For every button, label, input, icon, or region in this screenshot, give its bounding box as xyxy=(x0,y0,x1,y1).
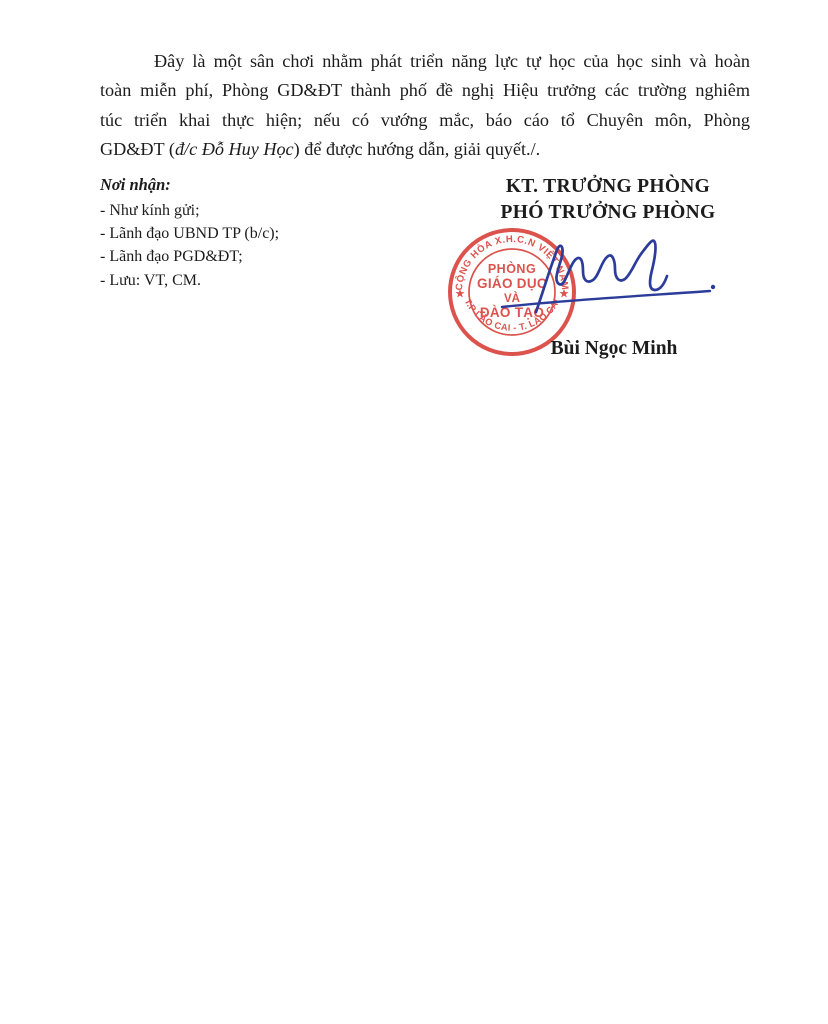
paragraph-line: túc triển khai thực hiện; nếu có vướng m… xyxy=(100,106,750,135)
approver-title-line1: KT. TRƯỞNG PHÒNG xyxy=(460,174,756,200)
paragraph-text: GD&ĐT ( xyxy=(100,139,175,159)
signature-flourish-line xyxy=(502,291,710,307)
paragraph-line: GD&ĐT (đ/c Đỗ Huy Học) để được hướng dẫn… xyxy=(100,135,750,164)
recipient-item: - Lãnh đạo UBND TP (b/c); xyxy=(100,222,279,245)
signature xyxy=(455,224,717,324)
signer-name: Bùi Ngọc Minh xyxy=(464,338,764,360)
signature-end-dot xyxy=(711,285,715,289)
paragraph-line: toàn miễn phí, Phòng GD&ĐT thành phố đề … xyxy=(100,76,750,105)
recipients-block: Nơi nhận: - Như kính gửi; - Lãnh đạo UBN… xyxy=(100,175,279,292)
recipients-heading: Nơi nhận: xyxy=(100,175,279,195)
contact-person-name: đ/c Đỗ Huy Học xyxy=(175,139,294,159)
document-page: Đây là một sân chơi nhằm phát triển năng… xyxy=(0,0,828,1024)
recipient-item: - Như kính gửi; xyxy=(100,199,279,222)
recipient-item: - Lãnh đạo PGD&ĐT; xyxy=(100,245,279,268)
paragraph-text: ) để được hướng dẫn, giải quyết./. xyxy=(294,139,541,159)
paragraph-line: Đây là một sân chơi nhằm phát triển năng… xyxy=(100,47,750,76)
approver-title-block: KT. TRƯỞNG PHÒNG PHÓ TRƯỞNG PHÒNG xyxy=(460,174,756,226)
body-paragraph: Đây là một sân chơi nhằm phát triển năng… xyxy=(100,47,750,165)
recipient-item: - Lưu: VT, CM. xyxy=(100,269,279,292)
